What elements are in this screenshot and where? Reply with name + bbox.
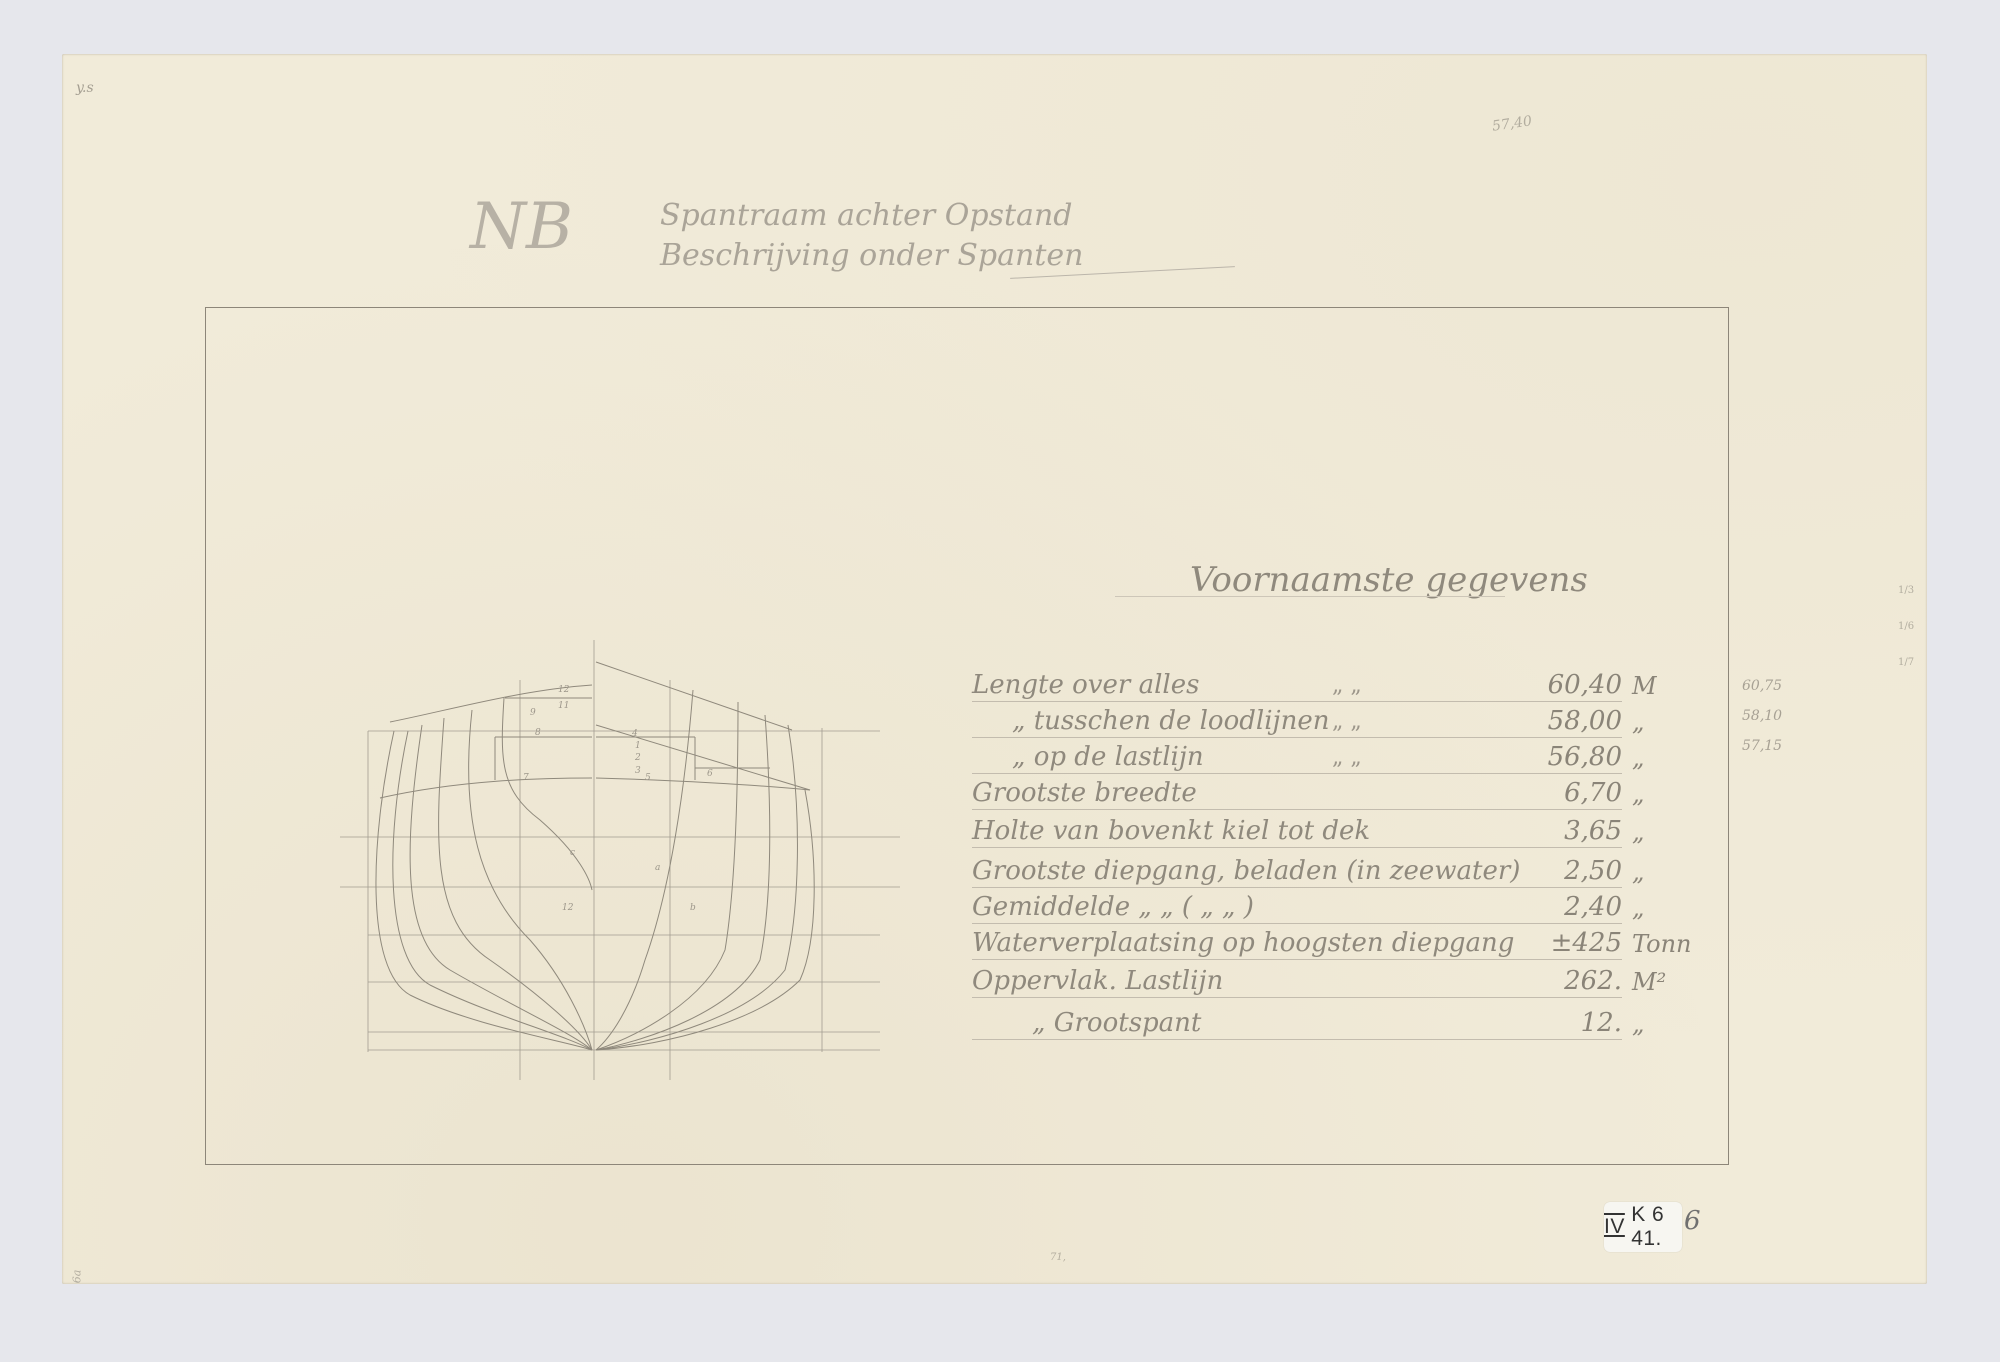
- margin-note: 58,10: [1742, 708, 1782, 738]
- svg-text:9: 9: [530, 708, 536, 718]
- svg-text:2: 2: [634, 753, 641, 763]
- row-value: 3,65: [1512, 816, 1622, 846]
- row-unit: „: [1632, 818, 1644, 846]
- svg-text:3: 3: [635, 766, 641, 776]
- row-label: Grootste diepgang, beladen (in zeewater): [972, 856, 1520, 886]
- margin-notes: 60,75 58,10 57,15: [1742, 678, 1782, 768]
- ditto-mark: „ „: [1332, 673, 1362, 698]
- svg-text:b: b: [690, 903, 696, 913]
- margin-note: 57,15: [1742, 738, 1782, 768]
- row-unit: M²: [1632, 968, 1666, 996]
- table-row: Grootste diepgang, beladen (in zeewater)…: [972, 852, 1682, 892]
- corner-mark: 6a: [70, 1270, 83, 1284]
- row-value: 2,50: [1512, 856, 1622, 886]
- row-label: Grootste breedte: [972, 778, 1197, 808]
- catalog-suffix: 6: [1684, 1206, 1701, 1236]
- body-plan-diagram: 12 11 9 8 7 4 1 2 3 5 6 c a 12 b: [340, 640, 900, 1080]
- svg-text:12: 12: [562, 903, 574, 913]
- svg-text:6: 6: [707, 769, 713, 779]
- edge-note: 1/7: [1898, 657, 1914, 693]
- table-row: „ tusschen de loodlijnen „ „ 58,00 „: [972, 702, 1682, 742]
- pencil-mark: 71,: [1050, 1252, 1066, 1263]
- row-unit: M: [1632, 672, 1657, 700]
- table-row: „ op de lastlijn „ „ 56,80 „: [972, 738, 1682, 778]
- row-value: 262.: [1512, 966, 1622, 996]
- svg-text:11: 11: [558, 701, 569, 711]
- row-label: Oppervlak. Lastlijn: [972, 966, 1223, 996]
- svg-text:12: 12: [558, 685, 570, 695]
- row-unit: „: [1632, 1010, 1644, 1038]
- svg-text:5: 5: [645, 773, 651, 783]
- row-value: 2,40: [1512, 892, 1622, 922]
- table-row: Oppervlak. Lastlijn 262. M²: [972, 962, 1682, 1002]
- row-unit: „: [1632, 894, 1644, 922]
- table-row: „ Grootspant 12. „: [972, 1004, 1682, 1044]
- row-label: „ op de lastlijn: [1012, 742, 1204, 772]
- row-unit: „: [1632, 858, 1644, 886]
- title-rule: [1115, 596, 1505, 597]
- ditto-mark: „ „: [1332, 745, 1362, 770]
- row-value: 6,70: [1512, 778, 1622, 808]
- header-note-line2: Beschrijving onder Spanten: [660, 238, 1083, 273]
- table-row: Gemiddelde „ „ ( „ „ ) 2,40 „: [972, 888, 1682, 928]
- table-row: Waterverplaatsing op hoogsten diepgang ±…: [972, 924, 1682, 964]
- svg-text:1: 1: [635, 741, 641, 751]
- table-row: Holte van bovenkt kiel tot dek 3,65 „: [972, 812, 1682, 852]
- edge-note: 1/3: [1898, 585, 1914, 621]
- margin-note: 60,75: [1742, 678, 1782, 708]
- svg-text:a: a: [655, 863, 660, 873]
- row-value: 60,40: [1512, 670, 1622, 700]
- table-row: Grootste breedte 6,70 „: [972, 774, 1682, 814]
- row-label: Holte van bovenkt kiel tot dek: [972, 816, 1370, 846]
- ditto-mark: „ „: [1332, 709, 1362, 734]
- corner-mark: y.s: [76, 80, 94, 96]
- row-unit: „: [1632, 708, 1644, 736]
- header-note-line1: Spantraam achter Opstand: [660, 198, 1072, 233]
- monogram: NB: [470, 190, 573, 264]
- row-label: „ Grootspant: [1032, 1008, 1201, 1038]
- row-value: ±425: [1512, 928, 1622, 958]
- row-value: 56,80: [1512, 742, 1622, 772]
- table-row: Lengte over alles „ „ 60,40 M: [972, 666, 1682, 706]
- row-label: Gemiddelde „ „ ( „ „ ): [972, 892, 1254, 922]
- row-label: Lengte over alles: [972, 670, 1199, 700]
- edge-note: 1/6: [1898, 621, 1914, 657]
- svg-text:8: 8: [535, 728, 541, 738]
- row-label: „ tusschen de loodlijnen: [1012, 706, 1329, 736]
- edge-notes: 1/3 1/6 1/7: [1898, 585, 1914, 693]
- catalog-label: IV K 6 41.: [1604, 1202, 1682, 1252]
- row-label: Waterverplaatsing op hoogsten diepgang: [972, 928, 1514, 958]
- row-unit: Tonn: [1632, 930, 1692, 958]
- row-unit: „: [1632, 744, 1644, 772]
- table-title: Voornaamste gegevens: [1190, 560, 1588, 600]
- row-unit: „: [1632, 780, 1644, 808]
- catalog-code: K 6 41.: [1631, 1203, 1682, 1251]
- row-value: 12.: [1512, 1008, 1622, 1038]
- row-value: 58,00: [1512, 706, 1622, 736]
- svg-text:c: c: [570, 848, 575, 858]
- svg-text:7: 7: [523, 773, 529, 783]
- catalog-roman: IV: [1604, 1215, 1625, 1239]
- svg-text:4: 4: [631, 729, 638, 739]
